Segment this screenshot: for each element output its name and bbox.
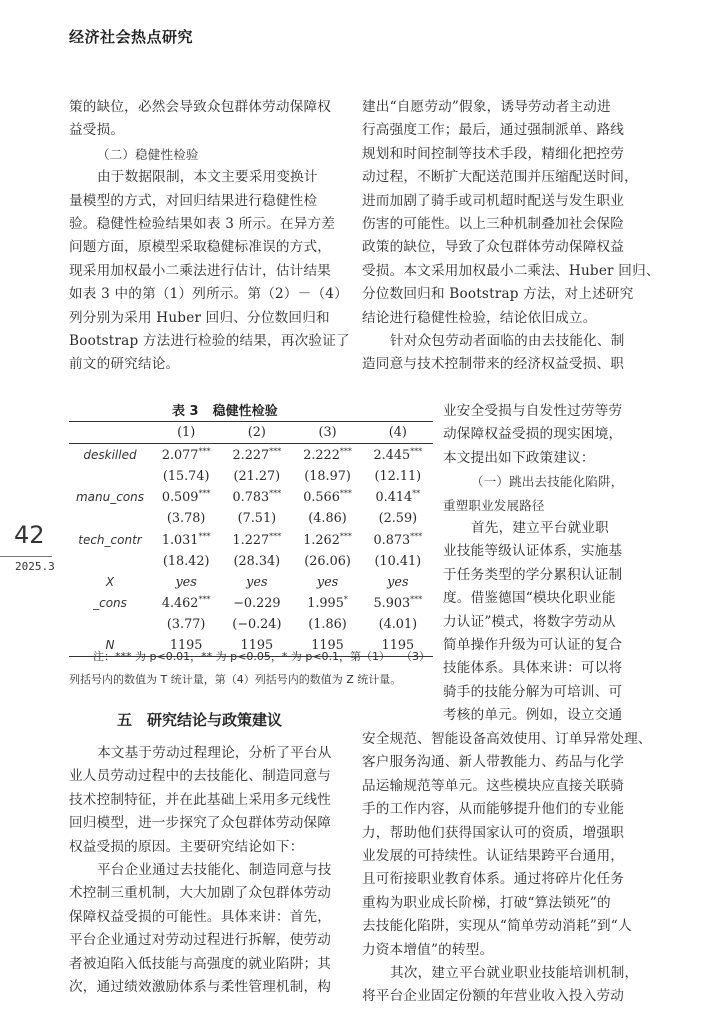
- paragraph-line: 回归模型，进一步探究了众包群体劳动保障: [69, 812, 344, 835]
- table-row: deskilled2.077***2.227***2.222***2.445**…: [69, 444, 433, 466]
- cell-value: 1.995: [307, 596, 344, 611]
- paragraph-line: 分位数回归和 Bootstrap 方法，对上述研究: [362, 283, 638, 306]
- table-row: (3.78)(7.51)(4.86)(2.59): [69, 508, 433, 529]
- paragraph-line: 品运输规范等单元。这些模块应直接关联骑: [362, 775, 638, 798]
- table-cell: yes: [363, 571, 433, 592]
- cell-value: 5.903: [374, 596, 411, 611]
- significance-stars: ***: [340, 532, 352, 541]
- table-note: 注：*** 为 p<0.01，** 为 p<0.05，* 为 p<0.1，第（1…: [69, 645, 439, 691]
- table-cell: (3.77): [151, 614, 221, 635]
- significance-stars: ***: [269, 489, 281, 498]
- table-cell: 0.414**: [363, 487, 433, 508]
- table-number: 表 3: [172, 404, 199, 419]
- paragraph-line: 伤害的可能性。以上三种机制叠加社会保险: [362, 213, 638, 236]
- paragraph-line: 现采用加权最小二乘法进行估计，估计结果: [69, 260, 344, 283]
- table-cell: 1.995*: [292, 593, 362, 614]
- paragraph-line: 度。借鉴德国“模块化职业能: [443, 587, 638, 610]
- cell-value: (4.86): [308, 511, 346, 526]
- table-cell: 5.903***: [363, 593, 433, 614]
- table-row: tech_contr1.031***1.227***1.262***0.873*…: [69, 529, 433, 550]
- cell-value: (1.86): [308, 617, 346, 632]
- paragraph-line: 且可衔接职业教育体系。通过将碎片化任务: [362, 868, 638, 891]
- table-cell: (21.27): [221, 465, 292, 486]
- paragraph-line: 权益受损的原因。主要研究结论如下：: [69, 836, 344, 859]
- paragraph-line: 本文基于劳动过程理论，分析了平台从: [69, 742, 344, 765]
- paragraph-line: 本文提出如下政策建议：: [443, 447, 638, 470]
- table-cell: (12.11): [363, 465, 433, 486]
- right-column-narrow: 业安全受损与自发性过劳等劳 动保障权益受损的现实困境， 本文提出如下政策建议： …: [443, 400, 638, 727]
- paragraph-line: 首先，建立平台就业职: [443, 517, 638, 540]
- paragraph-line: 问题方面，原模型采取稳健标准误的方式，: [69, 236, 344, 259]
- table-caption: 表 3稳健性检验: [172, 400, 292, 419]
- table-cell: (4.86): [292, 508, 362, 529]
- significance-stars: ***: [410, 532, 422, 541]
- paragraph-line: 益受损。: [69, 119, 344, 142]
- paragraph-line: 去技能化陷阱，实现从“简单劳动消耗”到“人: [362, 915, 638, 938]
- table-cell: −0.229: [221, 593, 292, 614]
- cell-value: yes: [317, 575, 338, 590]
- table-cell: (10.41): [363, 550, 433, 571]
- cell-value: 1.031: [162, 533, 199, 548]
- paragraph-line: 规划和时间控制等技术手段，精细化把控劳: [362, 143, 638, 166]
- paragraph-line: 列分别为采用 Huber 回归、分位数回归和: [69, 307, 344, 330]
- subsection-heading: （二）稳健性检验: [69, 143, 344, 166]
- cell-value: (18.97): [304, 469, 351, 484]
- significance-stars: ***: [269, 532, 281, 541]
- variable-name: [69, 465, 151, 486]
- table-cell: (7.51): [221, 508, 292, 529]
- cell-value: yes: [387, 575, 408, 590]
- left-column-top: 策的缺位，必然会导致众包群体劳动保障权 益受损。 （二）稳健性检验 由于数据限制…: [69, 96, 344, 377]
- cell-value: 2.077: [162, 448, 199, 463]
- paragraph-line: 动保障权益受损的现实困境，: [443, 423, 638, 446]
- cell-value: yes: [246, 575, 267, 590]
- paragraph-line: 于任务类型的学分累积认证制: [443, 564, 638, 587]
- cell-value: 2.222: [303, 448, 340, 463]
- paragraph-line: 行高强度工作；最后，通过强制派单、路线: [362, 119, 638, 142]
- table-header-row: (1) (2) (3) (4): [69, 422, 433, 444]
- table-cell: yes: [292, 571, 362, 592]
- paragraph-line: 保障权益受损的可能性。具体来讲：首先，: [69, 906, 344, 929]
- significance-stars: ***: [340, 447, 352, 456]
- paragraph-line: 考核的单元。例如，设立交通: [443, 704, 638, 727]
- cell-value: (28.34): [234, 554, 281, 569]
- cell-value: (21.27): [234, 469, 281, 484]
- table-cell: 0.783***: [221, 487, 292, 508]
- table-header-cell: (4): [363, 422, 433, 444]
- paragraph-line: 者被迫陷入低技能与高强度的就业陷阱；其: [69, 953, 344, 976]
- subsection-heading: （一）跳出去技能化陷阱，: [443, 470, 638, 493]
- left-column-bottom: 本文基于劳动过程理论，分析了平台从 业人员劳动过程中的去技能化、制造同意与 技术…: [69, 742, 344, 999]
- paragraph-line: 客户服务沟通、新人带教能力、药品与化学: [362, 751, 638, 774]
- table-row: (3.77)(−0.24)(1.86)(4.01): [69, 614, 433, 635]
- cell-value: (26.06): [304, 554, 351, 569]
- table-cell: 1.262***: [292, 529, 362, 550]
- cell-value: 0.414: [376, 490, 413, 505]
- table-cell: (1.86): [292, 614, 362, 635]
- table-note-line: 注：*** 为 p<0.01，** 为 p<0.05，* 为 p<0.1，第（1…: [69, 645, 439, 668]
- paragraph-line: 造同意与技术控制带来的经济权益受损、职: [362, 353, 638, 376]
- table-cell: (15.74): [151, 465, 221, 486]
- variable-name: tech_contr: [69, 529, 151, 550]
- significance-stars: ***: [269, 447, 281, 456]
- cell-value: 2.445: [374, 448, 411, 463]
- paragraph-line: 重构为职业成长阶梯，打破“算法锁死”的: [362, 892, 638, 915]
- cell-value: (18.42): [163, 554, 210, 569]
- cell-value: 0.873: [374, 533, 411, 548]
- cell-value: 1.262: [303, 533, 340, 548]
- paragraph-line: 其次，建立平台就业职业技能培训机制，: [362, 962, 638, 985]
- table-cell: (4.01): [363, 614, 433, 635]
- paragraph-line: 技能体系。具体来讲：可以将: [443, 657, 638, 680]
- paragraph-line: 前文的研究结论。: [69, 353, 344, 376]
- paragraph-line: 业安全受损与自发性过劳等劳: [443, 400, 638, 423]
- paragraph-line: 力，帮助他们获得国家认可的资质，增强职: [362, 822, 638, 845]
- cell-value: 1.227: [233, 533, 270, 548]
- table-cell: (18.97): [292, 465, 362, 486]
- paragraph-line: 量模型的方式，对回归结果进行稳健性检: [69, 190, 344, 213]
- journal-section-title: 经济社会热点研究: [69, 26, 193, 47]
- cell-value: (2.59): [379, 511, 417, 526]
- table-header-cell: (1): [151, 422, 221, 444]
- cell-value: (3.77): [167, 617, 205, 632]
- cell-value: (3.78): [167, 511, 205, 526]
- cell-value: (10.41): [375, 554, 422, 569]
- page-number: 42: [14, 521, 45, 549]
- paragraph-line: 结论进行稳健性检验，结论依旧成立。: [362, 307, 638, 330]
- paragraph-line: 由于数据限制，本文主要采用变换计: [69, 166, 344, 189]
- paragraph-line: 业技能等级认证体系，实施基: [443, 540, 638, 563]
- paragraph-line: 将平台企业固定份额的年营业收入投入劳动: [362, 985, 638, 1008]
- table-header-cell: (2): [221, 422, 292, 444]
- table-cell: 0.566***: [292, 487, 362, 508]
- paragraph-line: 次，通过绩效激励体系与柔性管理机制，构: [69, 976, 344, 999]
- right-column-top: 建出“自愿劳动”假象，诱导劳动者主动进 行高强度工作；最后，通过强制派单、路线 …: [362, 96, 638, 377]
- cell-value: (15.74): [163, 469, 210, 484]
- paragraph-line: 平台企业通过对劳动过程进行拆解，使劳动: [69, 929, 344, 952]
- cell-value: (12.11): [375, 469, 422, 484]
- table-row: _cons4.462***−0.2291.995*5.903***: [69, 593, 433, 614]
- paragraph-line: 安全规范、智能设备高效使用、订单异常处理、: [362, 728, 638, 751]
- table-cell: (3.78): [151, 508, 221, 529]
- cell-value: 0.783: [233, 490, 270, 505]
- paragraph-line: 技术控制特征，并在此基础上采用多元线性: [69, 789, 344, 812]
- paragraph-line: 如表 3 中的第（1）列所示。第（2）－（4）: [69, 283, 344, 306]
- paragraph-line: 验。稳健性检验结果如表 3 所示。在异方差: [69, 213, 344, 236]
- paragraph-line: 受损。本文采用加权最小二乘法、Huber 回归、: [362, 260, 638, 283]
- table-cell: (2.59): [363, 508, 433, 529]
- table-cell: 1.031***: [151, 529, 221, 550]
- cell-value: 0.566: [303, 490, 340, 505]
- cell-value: yes: [175, 575, 196, 590]
- variable-name: X: [69, 571, 151, 592]
- paragraph-line: 手的工作内容，从而能够提升他们的专业能: [362, 798, 638, 821]
- variable-name: [69, 614, 151, 635]
- cell-value: (7.51): [238, 511, 276, 526]
- significance-stars: **: [412, 489, 420, 498]
- table-cell: yes: [221, 571, 292, 592]
- table-cell: 0.509***: [151, 487, 221, 508]
- section-heading: 五 研究结论与政策建议: [117, 709, 282, 730]
- paragraph-line: 业人员劳动过程中的去技能化、制造同意与: [69, 765, 344, 788]
- table-cell: 2.445***: [363, 444, 433, 466]
- table-row: manu_cons0.509***0.783***0.566***0.414**: [69, 487, 433, 508]
- table-row: (18.42)(28.34)(26.06)(10.41): [69, 550, 433, 571]
- table-note-line: 列括号内的数值为 T 统计量，第（4）列括号内的数值为 Z 统计量。: [69, 668, 439, 691]
- issue-date: 2025.3: [15, 560, 55, 573]
- table-cell: 4.462***: [151, 593, 221, 614]
- table-cell: (18.42): [151, 550, 221, 571]
- table-cell: 2.222***: [292, 444, 362, 466]
- significance-stars: ***: [198, 532, 210, 541]
- subsection-heading: 重塑职业发展路径: [443, 494, 638, 517]
- variable-name: [69, 508, 151, 529]
- variable-name: _cons: [69, 593, 151, 614]
- paragraph-line: 骑手的技能分解为可培训、可: [443, 681, 638, 704]
- table-body: deskilled2.077***2.227***2.222***2.445**…: [69, 444, 433, 657]
- table-cell: 2.227***: [221, 444, 292, 466]
- paragraph-line: 术控制三重机制，大大加剧了众包群体劳动: [69, 882, 344, 905]
- significance-stars: ***: [198, 447, 210, 456]
- paragraph-line: 建出“自愿劳动”假象，诱导劳动者主动进: [362, 96, 638, 119]
- paragraph-line: 简单操作升级为可认证的复合: [443, 634, 638, 657]
- significance-stars: ***: [198, 595, 210, 604]
- significance-stars: ***: [410, 595, 422, 604]
- paragraph-line: 业发展的可持续性。认证结果跨平台通用，: [362, 845, 638, 868]
- significance-stars: ***: [340, 489, 352, 498]
- table-cell: 0.873***: [363, 529, 433, 550]
- paragraph-line: 动过程，不断扩大配送范围并压缩配送时间，: [362, 166, 638, 189]
- paragraph-line: 力资本增值”的转型。: [362, 939, 638, 962]
- table-row: (15.74)(21.27)(18.97)(12.11): [69, 465, 433, 486]
- cell-value: 0.509: [162, 490, 199, 505]
- table-header-cell: (3): [292, 422, 362, 444]
- paragraph-line: 平台企业通过去技能化、制造同意与技: [69, 859, 344, 882]
- cell-value: 4.462: [162, 596, 199, 611]
- page-number-divider: [0, 556, 52, 557]
- variable-name: manu_cons: [69, 487, 151, 508]
- significance-stars: ***: [198, 489, 210, 498]
- variable-name: deskilled: [69, 444, 151, 466]
- table-header-cell: [69, 422, 151, 444]
- paragraph-line: 针对众包劳动者面临的由去技能化、制: [362, 330, 638, 353]
- paragraph-line: 策的缺位，必然会导致众包群体劳动保障权: [69, 96, 344, 119]
- variable-name: [69, 550, 151, 571]
- table-cell: (26.06): [292, 550, 362, 571]
- table-cell: (−0.24): [221, 614, 292, 635]
- table-cell: 1.227***: [221, 529, 292, 550]
- paragraph-line: 进而加剧了骑手或司机超时配送与发生职业: [362, 190, 638, 213]
- significance-stars: ***: [410, 447, 422, 456]
- significance-stars: *: [344, 595, 348, 604]
- table-cell: 2.077***: [151, 444, 221, 466]
- paragraph-line: 力认证”模式，将数字劳动从: [443, 611, 638, 634]
- table-title: 稳健性检验: [213, 404, 278, 419]
- cell-value: 2.227: [233, 448, 270, 463]
- robustness-table: (1) (2) (3) (4) deskilled2.077***2.227**…: [69, 421, 433, 657]
- cell-value: −0.229: [233, 596, 280, 611]
- right-column-bottom: 安全规范、智能设备高效使用、订单异常处理、 客户服务沟通、新人带教能力、药品与化…: [362, 728, 638, 1009]
- cell-value: (4.01): [379, 617, 417, 632]
- table-cell: (28.34): [221, 550, 292, 571]
- paragraph-line: 政策的缺位，导致了众包群体劳动保障权益: [362, 236, 638, 259]
- table-cell: yes: [151, 571, 221, 592]
- paragraph-line: Bootstrap 方法进行检验的结果，再次验证了: [69, 330, 344, 353]
- table-row: Xyesyesyesyes: [69, 571, 433, 592]
- cell-value: (−0.24): [232, 617, 281, 632]
